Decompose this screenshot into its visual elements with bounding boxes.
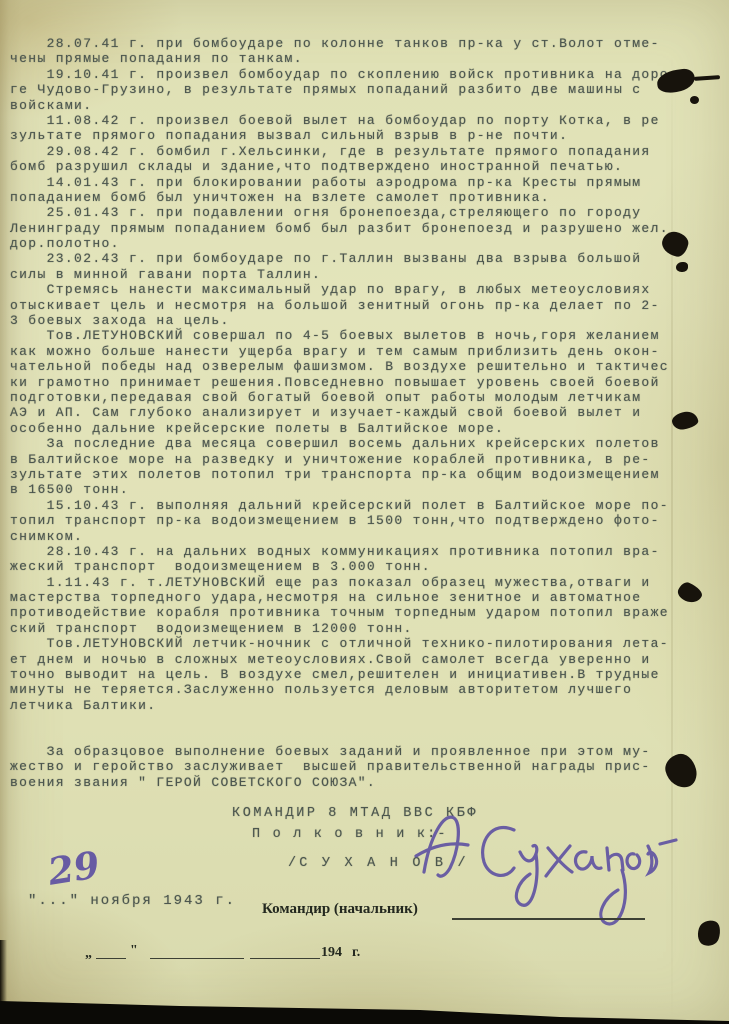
typed-line: попаданием бомб был уничтожен на взлете … bbox=[10, 190, 716, 205]
typed-line: 23.02.43 г. при бомбоударе по г.Таллин в… bbox=[10, 251, 716, 266]
typed-line: в Балтийское море на разведку и уничтоже… bbox=[10, 452, 716, 467]
form-commander-label: Командир (начальник) bbox=[262, 901, 418, 918]
form-year-line bbox=[250, 958, 320, 959]
typed-line: Тов.ЛЕТУНОВСКИЙ совершал по 4-5 боевых в… bbox=[10, 328, 716, 343]
paper-sheet: 28.07.41 г. при бомбоударе по колонне та… bbox=[0, 0, 729, 1024]
typed-line: подготовки,передавая свой богатый боевой… bbox=[10, 390, 716, 405]
typed-line: снимком. bbox=[10, 529, 716, 544]
typed-line: 28.07.41 г. при бомбоударе по колонне та… bbox=[10, 36, 716, 51]
typed-line: 25.01.43 г. при подавлении огня бронепое… bbox=[10, 205, 716, 220]
typed-line bbox=[10, 713, 716, 728]
typed-line: ет днем и ночью в сложных метеоусловиях.… bbox=[10, 652, 716, 667]
typed-date-line: "..." ноября 1943 г. bbox=[28, 893, 236, 909]
typed-line: 14.01.43 г. при блокировании работы аэро… bbox=[10, 175, 716, 190]
typed-line: Стремясь нанести максимальный удар по вр… bbox=[10, 282, 716, 297]
ink-blotch bbox=[695, 917, 724, 949]
typed-line: АЭ и АП. Сам глубоко анализирует и изуча… bbox=[10, 405, 716, 420]
typed-line: Тов.ЛЕТУНОВСКИЙ летчик-ночник с отличной… bbox=[10, 636, 716, 651]
form-year-suffix: г. bbox=[352, 945, 360, 961]
typed-line: жеский транспорт водоизмещением в 3.000 … bbox=[10, 559, 716, 574]
typed-line: 1.11.43 г. т.ЛЕТУНОВСКИЙ еще раз показал… bbox=[10, 575, 716, 590]
typed-line: ге Чудово-Грузино, в результате прямых п… bbox=[10, 82, 716, 97]
form-day-line bbox=[96, 958, 126, 959]
typed-line: Ленинграду прямым попаданием бомб был ра… bbox=[10, 221, 716, 236]
typed-line: 3 боевых захода на цель. bbox=[10, 313, 716, 328]
typed-line: жество и геройство заслуживает высшей пр… bbox=[10, 759, 716, 774]
form-day-close-quote: " bbox=[130, 943, 138, 959]
form-month-line bbox=[150, 958, 244, 959]
typed-line: За образцовое выполнение боевых заданий … bbox=[10, 744, 716, 759]
typed-line: силы в минной гавани порта Таллин. bbox=[10, 267, 716, 282]
typed-line: точно выводит на цель. В воздухе смел,ре… bbox=[10, 667, 716, 682]
form-year-prefix: 194 bbox=[321, 945, 342, 961]
typed-line: воения звания " ГЕРОЙ СОВЕТСКОГО СОЮЗА". bbox=[10, 775, 716, 790]
typed-line: войсками. bbox=[10, 98, 716, 113]
handwritten-day: 29 bbox=[45, 842, 103, 894]
typed-line bbox=[10, 729, 716, 744]
typed-line: бомб разрушил склады и здание,что подтве… bbox=[10, 159, 716, 174]
typed-line: мастерства торпедного удара,несмотря на … bbox=[10, 590, 716, 605]
typed-line: противодействие корабля противника точны… bbox=[10, 605, 716, 620]
typed-line: в 16500 тонн. bbox=[10, 482, 716, 497]
typed-line: За последние два месяца совершил восемь … bbox=[10, 436, 716, 451]
typed-line: 11.08.42 г. произвел боевой вылет на бом… bbox=[10, 113, 716, 128]
typed-line: отыскивает цель и несмотря на большой зе… bbox=[10, 298, 716, 313]
scanned-document-page: 28.07.41 г. при бомбоударе по колонне та… bbox=[0, 0, 729, 1024]
ink-blotch bbox=[690, 96, 699, 104]
typed-line: как можно больше нанести ущерба врагу и … bbox=[10, 344, 716, 359]
typed-line: зультате прямого попадания вызвал сильны… bbox=[10, 128, 716, 143]
typed-line: топил транспорт пр-ка водоизмещением в 1… bbox=[10, 513, 716, 528]
typed-line: чены прямые попадания по танкам. bbox=[10, 51, 716, 66]
typed-line: 29.08.42 г. бомбил г.Хельсинки, где в ре… bbox=[10, 144, 716, 159]
typed-line: летчика Балтики. bbox=[10, 698, 716, 713]
typed-line: особенно дальние крейсерские полеты в Ба… bbox=[10, 421, 716, 436]
typed-line: 28.10.43 г. на дальних водных коммуникац… bbox=[10, 544, 716, 559]
typed-line: минуты не теряется.Заслуженно пользуется… bbox=[10, 682, 716, 697]
typed-line: ки грамотно принимает решения.Повседневн… bbox=[10, 375, 716, 390]
form-day-open-quote: „ bbox=[85, 946, 92, 962]
typed-line: дор.полотно. bbox=[10, 236, 716, 251]
typed-line: зультате этих полетов потопил три трансп… bbox=[10, 467, 716, 482]
typed-body: 28.07.41 г. при бомбоударе по колонне та… bbox=[10, 36, 716, 790]
form-signature-line bbox=[452, 918, 645, 920]
typed-line: 19.10.41 г. произвел бомбоудар по скопле… bbox=[10, 67, 716, 82]
typed-line: чательной победы над озверелым фашизмом.… bbox=[10, 359, 716, 374]
typed-line: 15.10.43 г. выполняя дальний крейсерский… bbox=[10, 498, 716, 513]
typed-line: ский транспорт водоизмещением в 12000 то… bbox=[10, 621, 716, 636]
ink-blotch bbox=[676, 262, 688, 272]
